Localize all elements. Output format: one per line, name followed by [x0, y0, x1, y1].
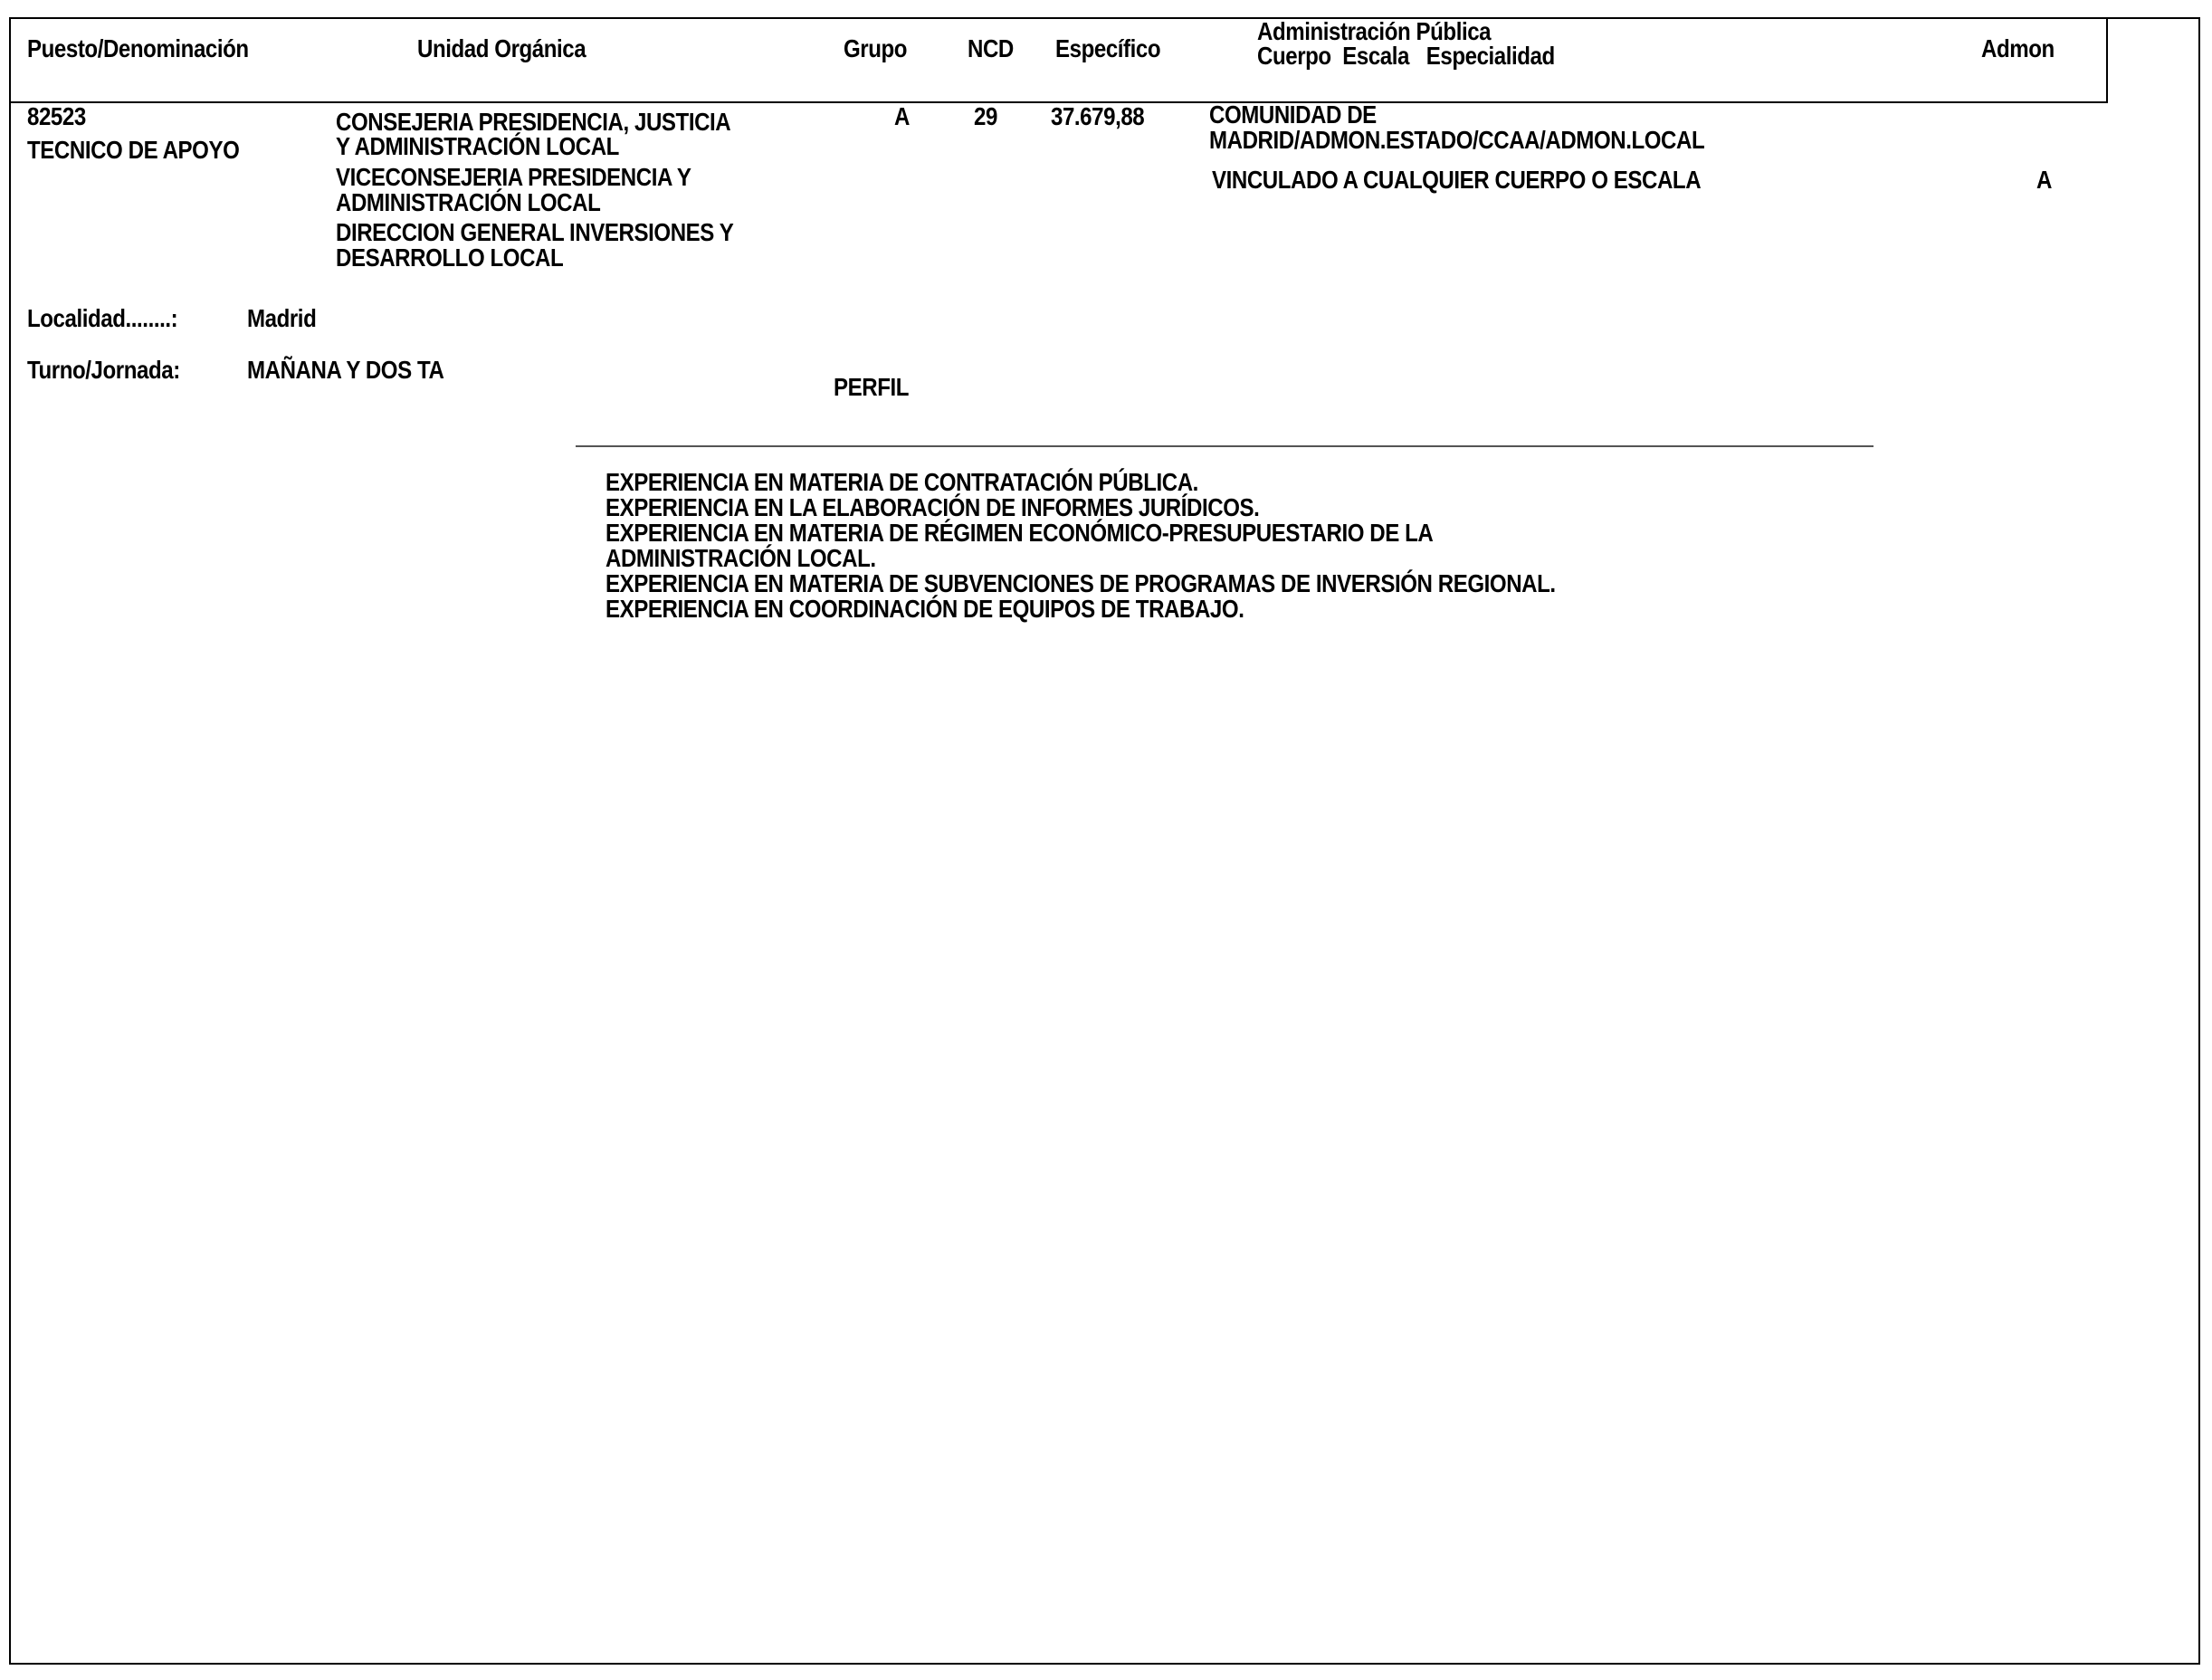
perfil-line: ADMINISTRACIÓN LOCAL.	[605, 546, 876, 571]
localidad-label: Localidad........:	[27, 306, 177, 331]
admin-line: MADRID/ADMON.ESTADO/CCAA/ADMON.LOCAL	[1209, 128, 1704, 153]
unidad-line: Y ADMINISTRACIÓN LOCAL	[336, 134, 619, 159]
perfil-title: PERFIL	[834, 375, 909, 400]
unidad-line: DIRECCION GENERAL INVERSIONES Y	[336, 220, 733, 245]
perfil-line: EXPERIENCIA EN MATERIA DE RÉGIMEN ECONÓM…	[605, 520, 1433, 546]
localidad-value: Madrid	[247, 306, 316, 331]
turno-label: Turno/Jornada:	[27, 358, 180, 383]
ncd-value: 29	[974, 104, 997, 129]
perfil-line: EXPERIENCIA EN LA ELABORACIÓN DE INFORME…	[605, 495, 1259, 520]
especifico-value: 37.679,88	[1051, 104, 1144, 129]
admin-line: COMUNIDAD DE	[1209, 102, 1377, 128]
admon-value: A	[2036, 167, 2052, 193]
grupo-value: A	[894, 104, 910, 129]
header-ncd: NCD	[968, 36, 1014, 62]
unidad-line: VICECONSEJERIA PRESIDENCIA Y	[336, 165, 691, 190]
perfil-line: EXPERIENCIA EN COORDINACIÓN DE EQUIPOS D…	[605, 597, 1244, 622]
header-especifico: Específico	[1055, 36, 1160, 62]
perfil-line: EXPERIENCIA EN MATERIA DE SUBVENCIONES D…	[605, 571, 1556, 597]
puesto-denominacion: TECNICO DE APOYO	[27, 138, 239, 163]
header-admon: Admon	[1981, 36, 2055, 62]
perfil-line: EXPERIENCIA EN MATERIA DE CONTRATACIÓN P…	[605, 470, 1198, 495]
turno-value: MAÑANA Y DOS TA	[247, 358, 443, 383]
puesto-codigo: 82523	[27, 104, 86, 129]
unidad-line: DESARROLLO LOCAL	[336, 245, 563, 271]
perfil-divider	[576, 445, 1874, 447]
header-grupo: Grupo	[844, 36, 907, 62]
header-admin-publica: Administración Pública	[1257, 19, 1491, 44]
header-cuerpo-escala: Cuerpo Escala Especialidad	[1257, 43, 1555, 69]
unidad-line: ADMINISTRACIÓN LOCAL	[336, 190, 600, 215]
header-puesto: Puesto/Denominación	[27, 36, 249, 62]
header-unidad: Unidad Orgánica	[417, 36, 586, 62]
cuerpo-value: VINCULADO A CUALQUIER CUERPO O ESCALA	[1212, 167, 1701, 193]
unidad-line: CONSEJERIA PRESIDENCIA, JUSTICIA	[336, 110, 730, 135]
